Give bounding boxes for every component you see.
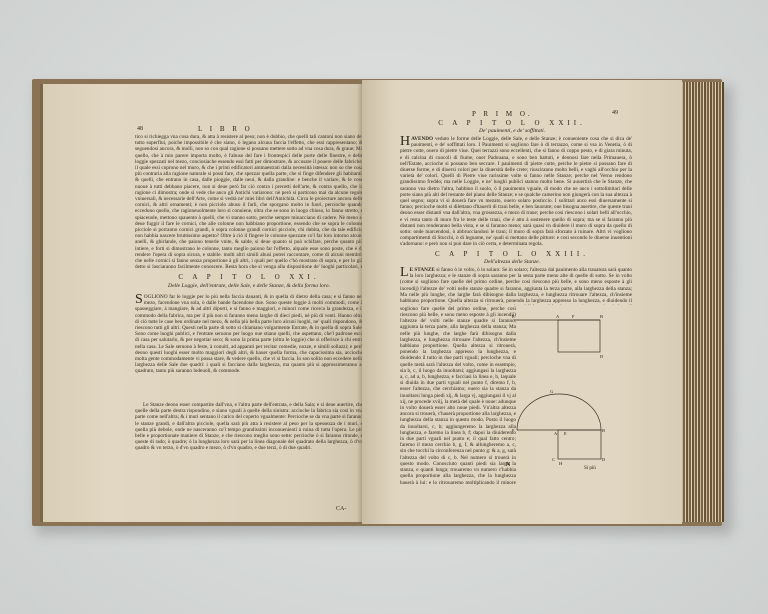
paragraph: si fanno ò in volto, ò in solaro: Se in …: [400, 267, 632, 305]
chapter-xxiii-body-top: L E STANZE si fanno ò in volto, ò in sol…: [400, 267, 632, 305]
svg-text:A: A: [554, 431, 558, 436]
chapter-xxii-body: H AVENDO veduto le forme delle Loggie, d…: [400, 136, 632, 248]
svg-text:A: A: [556, 314, 560, 319]
page-number: 48: [137, 126, 143, 132]
svg-text:H: H: [559, 461, 563, 465]
lead-word: E STANZE: [410, 267, 435, 273]
chapter-body: S OGLIONO far le loggie per lo più nella…: [135, 294, 363, 402]
chapter-subtitle: Delle Loggie, dell'entrate, delle Sale, …: [135, 283, 363, 289]
svg-text:E: E: [512, 314, 515, 319]
right-page: P R I M O. 49 C A P I T O L O XXII. De' …: [362, 80, 682, 524]
chapter-title: C A P I T O L O XXI.: [135, 273, 363, 281]
chapter-body-2: Le Stanze deono esser compartite dall'vn…: [135, 402, 363, 452]
signature-mark: N: [506, 462, 510, 468]
left-page: 48 L I B R O tico si richiegga vna cosa …: [40, 84, 365, 522]
figure-note: Si più: [584, 466, 596, 471]
svg-text:C: C: [552, 457, 555, 462]
drop-cap: S: [135, 294, 143, 306]
svg-text:D: D: [602, 457, 606, 462]
chapter-xxii-subtitle: De' pauimenti, e de' soffittati.: [397, 128, 627, 134]
svg-text:E: E: [564, 431, 567, 436]
paragraph: tico si richiegga vna cosa dura, & atta …: [135, 134, 363, 269]
drop-cap: L: [400, 267, 409, 279]
page-number: 49: [612, 110, 618, 116]
svg-text:B: B: [600, 314, 603, 319]
catchword: CA-: [336, 506, 346, 512]
chapter-xxii-title: C A P I T O L O XXII.: [397, 119, 627, 127]
figure-1-rectangle-diagram: E A F B D: [512, 312, 607, 362]
svg-text:G: G: [550, 389, 554, 394]
svg-text:F: F: [572, 314, 575, 319]
figure-2-arch-diagram: G F A E B C H D: [512, 385, 612, 465]
chapter-xxiii-body-end: [400, 485, 516, 505]
running-head: P R I M O.: [472, 110, 533, 118]
paragraph: OGLIONO far le loggie per lo più nella f…: [135, 294, 363, 374]
running-head: L I B R O: [198, 125, 253, 133]
paragraph: Le Stanze deono esser compartite dall'vn…: [135, 402, 363, 452]
paragraph: si fanno ò in volto, ò in solaro: Se in …: [400, 305, 516, 485]
chapter-xxiii-title: C A P I T O L O XXIII.: [397, 250, 627, 258]
body-text-top: tico si richiegga vna cosa dura, & atta …: [135, 134, 363, 269]
svg-text:D: D: [600, 354, 604, 359]
drop-cap: H: [400, 136, 410, 148]
paragraph: veduto le forme delle Loggie, delle Sale…: [400, 136, 632, 247]
chapter-xxiii-subtitle: Dell'altezza delle Stanze.: [397, 259, 627, 265]
chapter-xxiii-body-column: si fanno ò in volto, ò in solaro: Se in …: [400, 305, 516, 485]
svg-text:B: B: [602, 428, 605, 433]
svg-text:F: F: [512, 428, 515, 433]
page-edges: [680, 82, 724, 522]
